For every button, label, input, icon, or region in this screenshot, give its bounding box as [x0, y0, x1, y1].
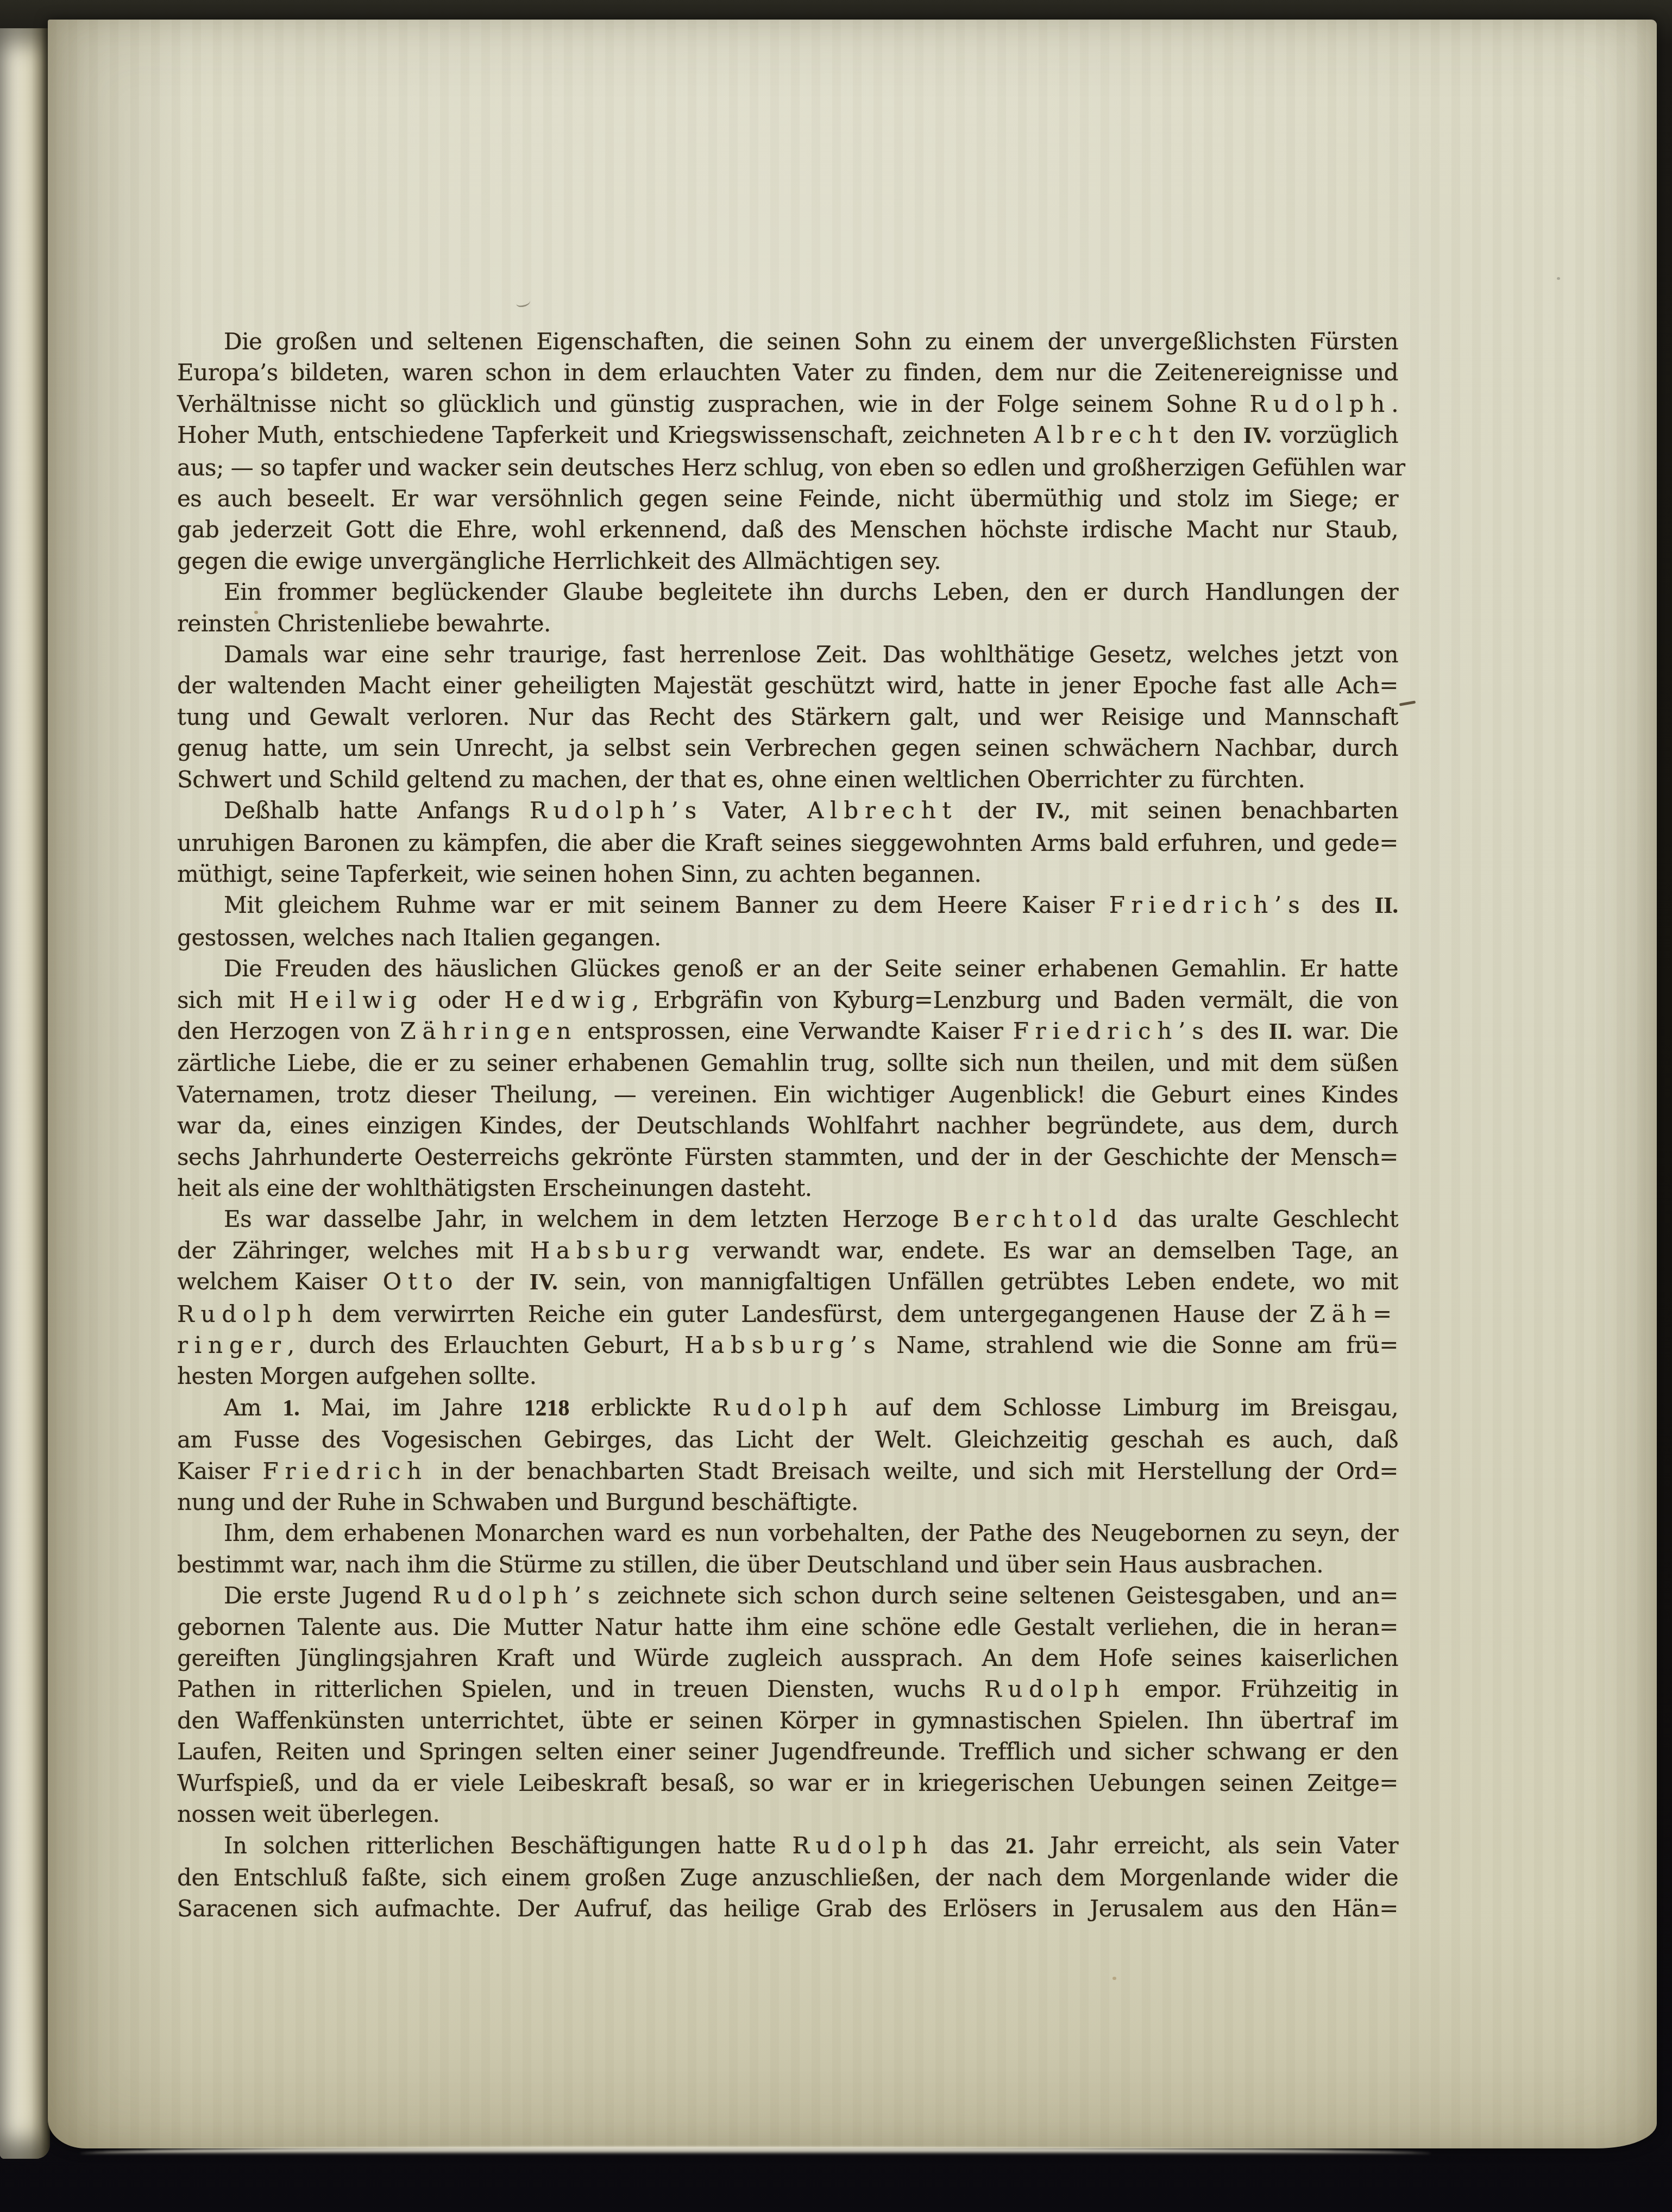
text-line: ringer, durch des Erlauchten Geburt, Hab…	[177, 1330, 1398, 1361]
text-segment: , mit seinen benachbarten	[1064, 797, 1398, 824]
text-segment: Deßhalb hatte Anfangs	[224, 797, 530, 824]
text-segment: zeichnete sich schon durch seine seltene…	[606, 1582, 1398, 1609]
letterspaced-name: Rudolph’s	[433, 1582, 606, 1609]
text-line: gebornen Talente aus. Die Mutter Natur h…	[177, 1612, 1398, 1643]
text-segment: Jahr erreicht, als sein Vater	[1034, 1832, 1398, 1859]
text-line: Schwert und Schild geltend zu machen, de…	[177, 764, 1398, 795]
text-line: aus; — so tapfer und wacker sein deutsch…	[177, 452, 1398, 483]
text-segment: oder	[423, 987, 504, 1013]
text-segment: , durch des Erlauchten Geburt,	[287, 1332, 684, 1358]
text-segment: Name, strahlend wie die Sonne am frü=	[882, 1332, 1398, 1358]
text-line: es auch beseelt. Er war versöhnlich gege…	[177, 483, 1398, 514]
text-segment: unruhigen Baronen zu kämpfen, die aber d…	[177, 830, 1398, 856]
text-segment: Ein frommer beglückender Glaube begleite…	[224, 579, 1398, 605]
foxing-spot	[1112, 1977, 1116, 1980]
letterspaced-name: Hedwig	[504, 987, 632, 1013]
text-line: hesten Morgen aufgehen sollte.	[177, 1361, 1398, 1392]
text-segment: gereiften Jünglingsjahren Kraft und Würd…	[177, 1645, 1398, 1671]
text-segment: das	[934, 1832, 1005, 1859]
text-segment: Schwert und Schild geltend zu machen, de…	[177, 766, 1305, 793]
text-segment: II.	[1375, 893, 1398, 918]
text-line: nung und der Ruhe in Schwaben und Burgun…	[177, 1487, 1398, 1518]
text-segment: reinsten Christenliebe bewahrte.	[177, 610, 551, 637]
text-segment: den Herzogen von	[177, 1018, 400, 1044]
text-segment: war. Die	[1292, 1018, 1398, 1044]
text-line: unruhigen Baronen zu kämpfen, die aber d…	[177, 828, 1398, 859]
text-line: Kaiser Friedrich in der benachbarten Sta…	[177, 1456, 1398, 1487]
text-line: Die großen und seltenen Eigenschaften, d…	[177, 326, 1398, 357]
text-segment: am Fusse des Vogesischen Gebirges, das L…	[177, 1426, 1398, 1453]
text-line: den Entschluß faßte, sich einem großen Z…	[177, 1862, 1398, 1893]
text-segment: Mai, im Jahre	[300, 1394, 524, 1421]
text-segment: Am	[224, 1394, 282, 1421]
text-segment: sich mit	[177, 987, 289, 1013]
text-line: gestossen, welches nach Italien gegangen…	[177, 922, 1398, 953]
text-segment: vorzüglich	[1272, 422, 1398, 448]
text-segment: empor. Frühzeitig in	[1126, 1676, 1398, 1702]
text-line: heit als eine der wohlthätigsten Erschei…	[177, 1173, 1398, 1204]
letterspaced-name: Otto	[383, 1268, 460, 1295]
letterspaced-name: Heilwig	[289, 987, 423, 1013]
letterspaced-name: Berchtold	[953, 1206, 1124, 1232]
text-line: Damals war eine sehr traurige, fast herr…	[177, 639, 1398, 670]
text-line: den Waffenkünsten unterrichtet, übte er …	[177, 1705, 1398, 1736]
text-segment: Ihm, dem erhabenen Monarchen ward es nun…	[224, 1520, 1398, 1546]
text-segment: müthigt, seine Tapferkeit, wie seinen ho…	[177, 861, 981, 887]
text-line: tung und Gewalt verloren. Nur das Recht …	[177, 701, 1398, 732]
text-segment: Die Freuden des häuslichen Glückes genoß…	[224, 955, 1398, 982]
text-segment: der	[459, 1268, 530, 1295]
page-bottom-edge-highlight	[80, 2147, 1431, 2154]
text-segment: Kaiser	[177, 1458, 263, 1484]
text-segment: nossen weit überlegen.	[177, 1801, 439, 1827]
text-line: Wurfspieß, und da er viele Leibeskraft b…	[177, 1768, 1398, 1799]
letterspaced-name: Rudolph	[792, 1832, 934, 1859]
stray-mark	[516, 297, 531, 308]
text-segment: gestossen, welches nach Italien gegangen…	[177, 924, 661, 951]
text-segment: IV.	[1243, 423, 1272, 448]
text-segment: Hoher Muth, entschiedene Tapferkeit und …	[177, 422, 1034, 448]
foxing-spot	[412, 1247, 416, 1250]
text-segment: genug hatte, um sein Unrecht, ja selbst …	[177, 735, 1398, 761]
text-line: gegen die ewige unvergängliche Herrlichk…	[177, 546, 1398, 577]
text-line: sich mit Heilwig oder Hedwig, Erbgräfin …	[177, 985, 1398, 1016]
text-segment: gegen die ewige unvergängliche Herrlichk…	[177, 548, 941, 574]
text-line: am Fusse des Vogesischen Gebirges, das L…	[177, 1424, 1398, 1455]
letterspaced-name: Habsburg	[530, 1237, 696, 1264]
text-segment: welchem Kaiser	[177, 1268, 383, 1295]
text-segment: hesten Morgen aufgehen sollte.	[177, 1363, 537, 1389]
text-line: Laufen, Reiten und Springen selten einer…	[177, 1736, 1398, 1767]
text-segment: Pathen in ritterlichen Spielen, und in t…	[177, 1676, 984, 1702]
text-segment: bestimmt war, nach ihm die Stürme zu sti…	[177, 1551, 1323, 1578]
text-line: bestimmt war, nach ihm die Stürme zu sti…	[177, 1549, 1398, 1580]
letterspaced-name: Albrecht	[807, 797, 958, 824]
letterspaced-name: Rudolph	[984, 1676, 1126, 1702]
text-segment: aus; — so tapfer und wacker sein deutsch…	[177, 454, 1405, 481]
text-block: Die großen und seltenen Eigenschaften, d…	[177, 326, 1398, 1925]
text-line: Mit gleichem Ruhme war er mit seinem Ban…	[177, 889, 1398, 922]
text-segment: verwandt war, endete. Es war an demselbe…	[696, 1237, 1398, 1264]
text-segment: den Entschluß faßte, sich einem großen Z…	[177, 1864, 1398, 1891]
text-segment: Die erste Jugend	[224, 1582, 433, 1609]
text-segment: , Erbgräfin von Kyburg=Lenzburg und Bade…	[632, 987, 1398, 1013]
text-line: der waltenden Macht einer geheiligten Ma…	[177, 670, 1398, 701]
text-segment: Laufen, Reiten und Springen selten einer…	[177, 1738, 1398, 1765]
text-segment: heit als eine der wohlthätigsten Erschei…	[177, 1175, 812, 1201]
text-line: Europa’s bildeten, waren schon in dem er…	[177, 357, 1398, 388]
text-line: zärtliche Liebe, die er zu seiner erhabe…	[177, 1048, 1398, 1079]
text-segment: In solchen ritterlichen Beschäftigungen …	[224, 1832, 792, 1859]
book-page: Die großen und seltenen Eigenschaften, d…	[48, 20, 1657, 2148]
text-segment: dem verwirrten Reiche ein guter Landesfü…	[319, 1301, 1310, 1327]
text-line: war da, eines einzigen Kindes, der Deuts…	[177, 1110, 1398, 1141]
text-segment: 21.	[1005, 1834, 1034, 1859]
text-line: Vaternamen, trotz dieser Theilung, — ver…	[177, 1079, 1398, 1110]
text-line: genug hatte, um sein Unrecht, ja selbst …	[177, 732, 1398, 763]
text-line: sechs Jahrhunderte Oesterreichs gekrönte…	[177, 1142, 1398, 1173]
text-segment: 1218	[524, 1396, 569, 1421]
text-segment: Die großen und seltenen Eigenschaften, d…	[224, 328, 1398, 355]
letterspaced-name: Habsburg’s	[684, 1332, 882, 1358]
text-line: nossen weit überlegen.	[177, 1799, 1398, 1829]
text-line: reinsten Christenliebe bewahrte.	[177, 608, 1398, 639]
scanned-book-photo: Die großen und seltenen Eigenschaften, d…	[0, 0, 1672, 2212]
text-segment: auf dem Schlosse Limburg im Breisgau,	[854, 1394, 1398, 1421]
letterspaced-name: Rudolph’s	[530, 797, 703, 824]
text-line: welchem Kaiser Otto der IV. sein, von ma…	[177, 1266, 1398, 1298]
letterspaced-name: Friedrich’s	[1013, 1018, 1210, 1044]
text-segment: sechs Jahrhunderte Oesterreichs gekrönte…	[177, 1144, 1398, 1170]
text-line: Verhältnisse nicht so glücklich und güns…	[177, 388, 1398, 419]
foxing-spot	[565, 1887, 568, 1889]
text-segment: Es war dasselbe Jahr, in welchem in dem …	[224, 1206, 953, 1232]
text-line: Pathen in ritterlichen Spielen, und in t…	[177, 1674, 1398, 1705]
text-line: den Herzogen von Zähringen entsprossen, …	[177, 1016, 1398, 1048]
text-line: Es war dasselbe Jahr, in welchem in dem …	[177, 1204, 1398, 1235]
letterspaced-name: Zähringen	[400, 1018, 577, 1044]
letterspaced-name: Albrecht	[1034, 422, 1184, 448]
text-segment: erblickte	[569, 1394, 712, 1421]
letterspaced-name: Zäh=	[1309, 1301, 1398, 1327]
text-segment: Verhältnisse nicht so glücklich und güns…	[177, 391, 1250, 417]
text-segment: gab jederzeit Gott die Ehre, wohl erkenn…	[177, 516, 1398, 543]
text-segment: Saracenen sich aufmachte. Der Aufruf, da…	[177, 1895, 1398, 1922]
text-line: Die Freuden des häuslichen Glückes genoß…	[177, 953, 1398, 984]
text-segment: Damals war eine sehr traurige, fast herr…	[224, 641, 1398, 668]
letterspaced-name: Friedrich	[263, 1458, 428, 1484]
text-segment: den	[1184, 422, 1243, 448]
text-segment: II.	[1269, 1019, 1292, 1044]
text-segment: zärtliche Liebe, die er zu seiner erhabe…	[177, 1050, 1398, 1076]
text-segment: den Waffenkünsten unterrichtet, übte er …	[177, 1707, 1398, 1734]
text-segment: das uralte Geschlecht	[1123, 1206, 1398, 1232]
text-segment: des	[1210, 1018, 1268, 1044]
text-segment: gebornen Talente aus. Die Mutter Natur h…	[177, 1614, 1398, 1640]
text-segment: .	[1391, 391, 1398, 417]
letterspaced-name: Rudolph	[177, 1301, 319, 1327]
text-line: Rudolph dem verwirrten Reiche ein guter …	[177, 1299, 1398, 1330]
text-segment: war da, eines einzigen Kindes, der Deuts…	[177, 1112, 1398, 1139]
text-line: Am 1. Mai, im Jahre 1218 erblickte Rudol…	[177, 1392, 1398, 1424]
text-segment: IV.	[1035, 799, 1064, 824]
letterspaced-name: Friedrich’s	[1109, 892, 1306, 918]
text-segment: tung und Gewalt verloren. Nur das Recht …	[177, 704, 1398, 730]
foxing-spot	[1557, 277, 1560, 280]
text-segment: des	[1306, 892, 1374, 918]
previous-page-edge	[0, 28, 50, 2159]
text-line: Hoher Muth, entschiedene Tapferkeit und …	[177, 419, 1398, 452]
text-segment: der	[958, 797, 1035, 824]
text-segment: nung und der Ruhe in Schwaben und Burgun…	[177, 1489, 858, 1515]
text-line: gab jederzeit Gott die Ehre, wohl erkenn…	[177, 514, 1398, 545]
text-line: gereiften Jünglingsjahren Kraft und Würd…	[177, 1643, 1398, 1674]
letterspaced-name: Rudolph	[1250, 391, 1392, 417]
text-segment: entsprossen, eine Verwandte Kaiser	[577, 1018, 1013, 1044]
text-line: Saracenen sich aufmachte. Der Aufruf, da…	[177, 1893, 1398, 1924]
text-line: Deßhalb hatte Anfangs Rudolph’s Vater, A…	[177, 795, 1398, 827]
text-line: Ein frommer beglückender Glaube begleite…	[177, 577, 1398, 607]
text-line: In solchen ritterlichen Beschäftigungen …	[177, 1830, 1398, 1862]
foxing-spot	[254, 611, 258, 614]
text-segment: der waltenden Macht einer geheiligten Ma…	[177, 672, 1398, 699]
text-segment: Wurfspieß, und da er viele Leibeskraft b…	[177, 1770, 1398, 1796]
text-segment: 1.	[282, 1396, 300, 1421]
text-line: müthigt, seine Tapferkeit, wie seinen ho…	[177, 859, 1398, 889]
text-segment: sein, von mannigfaltigen Unfällen getrüb…	[558, 1268, 1398, 1295]
text-segment: Mit gleichem Ruhme war er mit seinem Ban…	[224, 892, 1109, 918]
text-segment: in der benachbarten Stadt Breisach weilt…	[428, 1458, 1398, 1484]
text-segment: Vaternamen, trotz dieser Theilung, — ver…	[177, 1081, 1398, 1108]
text-line: Die erste Jugend Rudolph’s zeichnete sic…	[177, 1580, 1398, 1611]
text-segment: IV.	[530, 1270, 558, 1295]
text-line: Ihm, dem erhabenen Monarchen ward es nun…	[177, 1518, 1398, 1549]
text-segment: der Zähringer, welches mit	[177, 1237, 530, 1264]
text-line: der Zähringer, welches mit Habsburg verw…	[177, 1235, 1398, 1266]
text-segment: es auch beseelt. Er war versöhnlich gege…	[177, 485, 1398, 512]
letterspaced-name: Rudolph	[712, 1394, 854, 1421]
letterspaced-name: ringer	[177, 1332, 287, 1358]
text-segment: Europa’s bildeten, waren schon in dem er…	[177, 359, 1398, 386]
text-segment: Vater,	[703, 797, 807, 824]
foxing-spot	[191, 1198, 194, 1200]
